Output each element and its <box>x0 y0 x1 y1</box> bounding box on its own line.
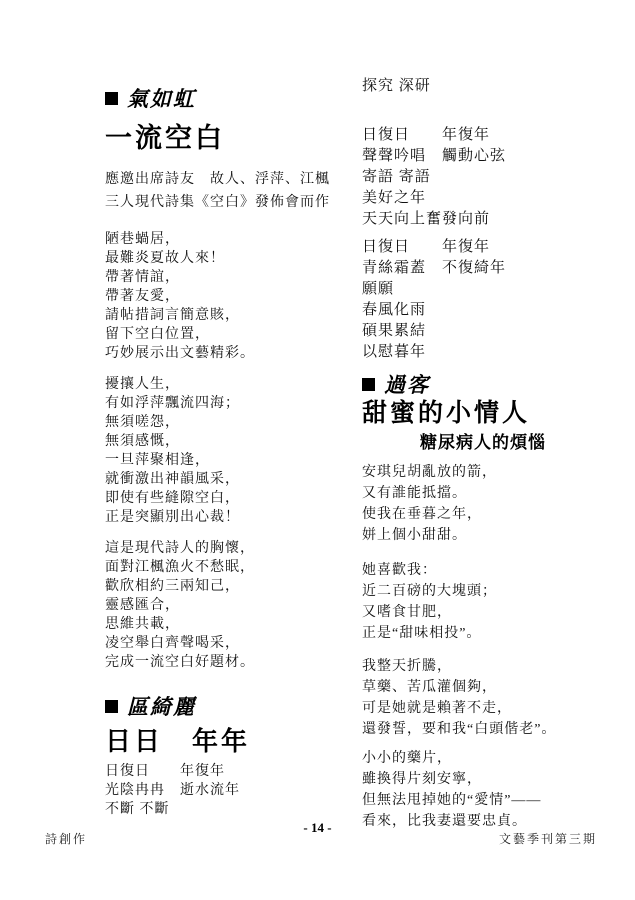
poem-line: 日復日 年復年 <box>105 762 361 781</box>
poem-line: 探究 深研 <box>362 76 630 97</box>
poem-line: 天天向上奮發向前 <box>362 209 630 230</box>
poem-line: 姘上個小甜甜。 <box>362 525 630 546</box>
poem-riri-author-heading: 區綺麗 <box>105 694 361 718</box>
poem-tianmi-subtitle: 糖尿病人的煩惱 <box>362 432 630 454</box>
page-number: - 14 - <box>303 820 331 836</box>
poem-title-yiliu-kongbai: 一流空白 <box>105 122 361 154</box>
dedication-line: 應邀出席詩友 故人、浮萍、江楓 <box>105 168 361 191</box>
author-name-guoke: 過客 <box>384 369 430 399</box>
poem-line: 無須嗟怨， <box>105 413 361 432</box>
poem-line: 完成一流空白好題材。 <box>105 653 361 672</box>
poem-line: 歡欣相約三兩知己， <box>105 577 361 596</box>
poem-line: 以慰暮年 <box>362 342 630 363</box>
poem-line: 思維共載， <box>105 615 361 634</box>
poem-tianmi-stanza-1: 安琪兒胡亂放的箭，又有誰能抵擋。使我在垂暮之年，姘上個小甜甜。 <box>362 462 630 546</box>
black-square-marker-icon <box>105 92 118 105</box>
poem-riri-opening: 探究 深研 <box>362 76 630 97</box>
poem-line: 又有誰能抵擋。 <box>362 483 630 504</box>
poem-line: 美好之年 <box>362 188 630 209</box>
poem-line: 有如浮萍飄流四海； <box>105 394 361 413</box>
poem-line: 青絲霜蓋 不復綺年 <box>362 258 630 279</box>
poem-line: 願願 <box>362 279 630 300</box>
poem-line: 無須感慨， <box>105 432 361 451</box>
author-name-ouqili: 區綺麗 <box>127 691 196 721</box>
poem-line: 她喜歡我： <box>362 560 630 581</box>
poem-tianmi-stanza-4: 小小的藥片，雖換得片刻安寧，但無法甩掉她的“愛情”——看來，比我妻還要忠貞。 <box>362 748 630 832</box>
poem-line: 近二百磅的大塊頭； <box>362 581 630 602</box>
poem-line: 看來，比我妻還要忠貞。 <box>362 811 630 832</box>
poem-tianmi-stanza-2: 她喜歡我：近二百磅的大塊頭；又嗜食甘肥，正是“甜味相投”。 <box>362 560 630 644</box>
poem-tianmi-stanza-3: 我整天折騰，草藥、苦瓜灌個夠，可是她就是賴著不走，還發誓，要和我“白頭偕老”。 <box>362 656 630 740</box>
poem-line: 安琪兒胡亂放的箭， <box>362 462 630 483</box>
dedication-line: 三人現代詩集《空白》發佈會而作 <box>105 191 361 214</box>
poem-line: 這是現代詩人的胸懷， <box>105 539 361 558</box>
poem-riri-stanza-b: 日復日 年復年青絲霜蓋 不復綺年願願春風化雨碩果累結以慰暮年 <box>362 237 630 363</box>
poem-line: 面對江楓漁火不愁眠， <box>105 558 361 577</box>
poem-yiliu-stanza-1: 陋巷蝸居，最難炎夏故人來！帶著情誼，帶著友愛，請帖措詞言簡意賅，留下空白位置，巧… <box>105 230 361 363</box>
poem-line: 日復日 年復年 <box>362 125 630 146</box>
poem-line: 即使有些縫隙空白， <box>105 489 361 508</box>
poem-yiliu-stanza-3: 這是現代詩人的胸懷，面對江楓漁火不愁眠，歡欣相約三兩知己，靈感匯合，思維共載，凌… <box>105 539 361 672</box>
left-column: 氣如虹 一流空白 應邀出席詩友 故人、浮萍、江楓三人現代詩集《空白》發佈會而作 … <box>105 86 361 819</box>
poem-line: 留下空白位置， <box>105 325 361 344</box>
poem-line: 陋巷蝸居， <box>105 230 361 249</box>
poem-line: 還發誓，要和我“白頭偕老”。 <box>362 719 630 740</box>
poem-line: 光陰冉冉 逝水流年 <box>105 781 361 800</box>
poem-line: 又嗜食甘肥， <box>362 602 630 623</box>
poem-title-tianmi: 甜蜜的小情人 <box>362 398 630 428</box>
poem-line: 一旦萍聚相逢， <box>105 451 361 470</box>
poem-line: 聲聲吟唱 觸動心弦 <box>362 146 630 167</box>
journal-page: 氣如虹 一流空白 應邀出席詩友 故人、浮萍、江楓三人現代詩集《空白》發佈會而作 … <box>0 0 635 900</box>
author-name-qiruhong: 氣如虹 <box>127 83 196 113</box>
poem-line: 雖換得片刻安寧， <box>362 769 630 790</box>
poem-title-riri-niannian: 日日 年年 <box>105 726 361 756</box>
poem-line: 草藥、苦瓜灌個夠， <box>362 677 630 698</box>
poem-line: 擾攘人生， <box>105 375 361 394</box>
poem-line: 不斷 不斷 <box>105 800 361 819</box>
poem-line: 就衝激出神韻風采， <box>105 470 361 489</box>
poem-line: 靈感匯合， <box>105 596 361 615</box>
footer-section-label: 詩創作 <box>45 830 87 847</box>
footer-journal-label: 文藝季刊第三期 <box>499 830 597 847</box>
poem-line: 巧妙展示出文藝精彩。 <box>105 344 361 363</box>
black-square-marker-icon <box>105 700 118 713</box>
poem-line: 帶著情誼， <box>105 268 361 287</box>
poem-yiliu-author-heading: 氣如虹 <box>105 86 361 110</box>
right-column: 探究 深研 日復日 年復年聲聲吟唱 觸動心弦寄語 寄語美好之年天天向上奮發向前 … <box>362 76 630 832</box>
poem-line: 日復日 年復年 <box>362 237 630 258</box>
poem-line: 最難炎夏故人來！ <box>105 249 361 268</box>
poem-yiliu-dedication: 應邀出席詩友 故人、浮萍、江楓三人現代詩集《空白》發佈會而作 <box>105 168 361 214</box>
poem-tianmi-author-heading: 過客 <box>362 372 630 396</box>
poem-line: 寄語 寄語 <box>362 167 630 188</box>
poem-line: 可是她就是賴著不走， <box>362 698 630 719</box>
poem-line: 我整天折騰， <box>362 656 630 677</box>
poem-line: 但無法甩掉她的“愛情”—— <box>362 790 630 811</box>
poem-line: 正是“甜味相投”。 <box>362 623 630 644</box>
poem-line: 請帖措詞言簡意賅， <box>105 306 361 325</box>
poem-line: 凌空舉白齊聲喝采， <box>105 634 361 653</box>
poem-line: 春風化雨 <box>362 300 630 321</box>
poem-line: 碩果累結 <box>362 321 630 342</box>
poem-yiliu-stanza-2: 擾攘人生，有如浮萍飄流四海；無須嗟怨，無須感慨，一旦萍聚相逢，就衝激出神韻風采，… <box>105 375 361 527</box>
poem-line: 帶著友愛， <box>105 287 361 306</box>
poem-line: 使我在垂暮之年， <box>362 504 630 525</box>
poem-line: 正是突顯別出心裁！ <box>105 508 361 527</box>
poem-riri-stanza-left: 日復日 年復年光陰冉冉 逝水流年不斷 不斷 <box>105 762 361 819</box>
black-square-marker-icon <box>362 378 375 391</box>
poem-riri-stanza-a: 日復日 年復年聲聲吟唱 觸動心弦寄語 寄語美好之年天天向上奮發向前 <box>362 125 630 230</box>
poem-line: 小小的藥片， <box>362 748 630 769</box>
